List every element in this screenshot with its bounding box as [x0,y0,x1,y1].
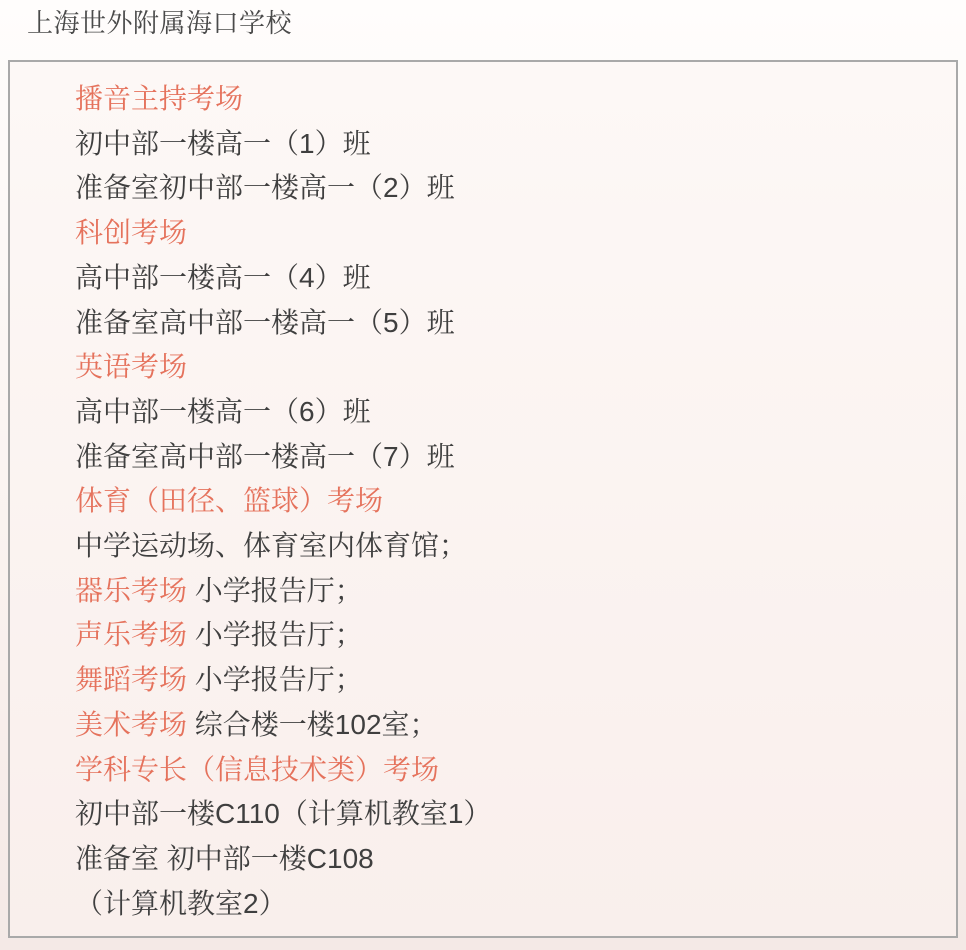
list-item: 英语考场 [75,345,932,390]
list-item: 高中部一楼高一（6）班 [75,390,932,435]
venue-location-text: 综合楼一楼102室； [187,709,438,740]
venue-location-text: 小学报告厅； [187,575,363,606]
list-item: 准备室高中部一楼高一（5）班 [75,301,932,346]
venue-location-text: 小学报告厅； [187,664,363,695]
list-item: 舞蹈考场 小学报告厅； [75,658,932,703]
venue-location-text: 初中部一楼高一（1）班 [75,128,371,159]
list-item: 学科专长（信息技术类）考场 [75,748,932,793]
venue-category-label: 舞蹈考场 [75,664,187,695]
venue-list: 播音主持考场初中部一楼高一（1）班准备室初中部一楼高一（2）班科创考场高中部一楼… [10,62,956,926]
venue-category-label: 科创考场 [75,217,187,248]
venue-category-label: 体育（田径、篮球）考场 [75,485,383,516]
venue-category-label: 播音主持考场 [75,83,243,114]
venue-location-text: （计算机教室2） [75,888,287,919]
venue-location-text: 准备室高中部一楼高一（5）班 [75,307,455,338]
venue-location-text: 准备室 初中部一楼C108 [75,843,374,874]
list-item: 声乐考场 小学报告厅； [75,613,932,658]
venue-location-text: 准备室初中部一楼高一（2）班 [75,172,455,203]
page-title: 上海世外附属海口学校 [27,6,292,40]
list-item: 美术考场 综合楼一楼102室； [75,703,932,748]
venue-location-text: 初中部一楼C110（计算机教室1） [75,798,491,829]
venue-location-text: 高中部一楼高一（4）班 [75,262,371,293]
venue-location-text: 准备室高中部一楼高一（7）班 [75,441,455,472]
venue-location-text: 中学运动场、体育室内体育馆； [75,530,467,561]
venue-location-text: 高中部一楼高一（6）班 [75,396,371,427]
venue-category-label: 器乐考场 [75,575,187,606]
list-item: 高中部一楼高一（4）班 [75,256,932,301]
list-item: 体育（田径、篮球）考场 [75,479,932,524]
list-item: 播音主持考场 [75,77,932,122]
list-item: 初中部一楼高一（1）班 [75,122,932,167]
list-item: 初中部一楼C110（计算机教室1） [75,792,932,837]
list-item: 科创考场 [75,211,932,256]
list-item: 准备室 初中部一楼C108 [75,837,932,882]
venue-category-label: 声乐考场 [75,619,187,650]
venue-category-label: 美术考场 [75,709,187,740]
list-item: 准备室高中部一楼高一（7）班 [75,435,932,480]
venue-location-text: 小学报告厅； [187,619,363,650]
list-item: 器乐考场 小学报告厅； [75,569,932,614]
venue-category-label: 英语考场 [75,351,187,382]
venue-category-label: 学科专长（信息技术类）考场 [75,754,439,785]
list-item: 中学运动场、体育室内体育馆； [75,524,932,569]
list-item: （计算机教室2） [75,882,932,927]
list-item: 准备室初中部一楼高一（2）班 [75,166,932,211]
venue-panel: 播音主持考场初中部一楼高一（1）班准备室初中部一楼高一（2）班科创考场高中部一楼… [8,60,958,938]
